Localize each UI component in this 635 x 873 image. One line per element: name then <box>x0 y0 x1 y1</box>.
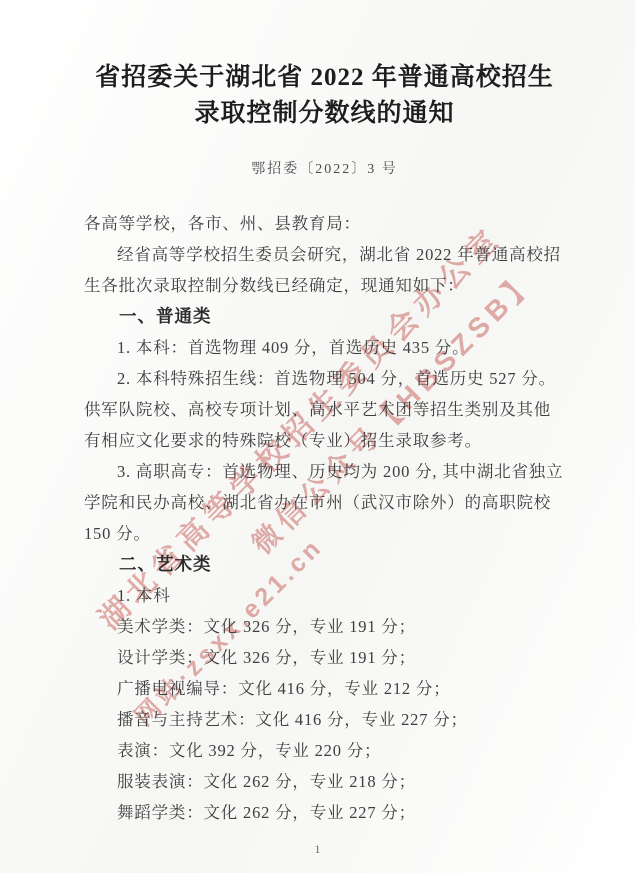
salutation: 各高等学校，各市、州、县教育局： <box>84 208 565 239</box>
general-special-line: 供军队院校、高校专项计划、高水平艺术团等招生类别及其他 <box>84 394 565 425</box>
document-title-line1: 省招委关于湖北省 2022 年普通高校招生 <box>84 60 565 96</box>
art-score-line: 播音与主持艺术：文化 416 分，专业 227 分； <box>84 704 565 735</box>
general-special-line: 2. 本科特殊招生线：首选物理 504 分，首选历史 527 分。 <box>84 363 565 394</box>
document-number: 鄂招委〔2022〕3 号 <box>84 158 565 178</box>
document-body: 省招委关于湖北省 2022 年普通高校招生 录取控制分数线的通知 鄂招委〔202… <box>84 0 565 828</box>
intro-line: 经省高等学校招生委员会研究，湖北省 2022 年普通高校招 <box>84 239 565 270</box>
art-score-line: 美术学类：文化 326 分，专业 191 分； <box>84 611 565 642</box>
document-page: 湖北省高等学校招生委员会办公室 微信公众号【HBSZSB】 网站·zsxx.e2… <box>0 0 635 873</box>
general-gaozhi-line: 3. 高职高专：首选物理、历史均为 200 分, 其中湖北省独立 <box>84 456 565 487</box>
general-benke-line: 1. 本科：首选物理 409 分，首选历史 435 分。 <box>84 332 565 363</box>
general-gaozhi-line: 150 分。 <box>84 518 565 549</box>
page-number: 1 <box>0 842 635 857</box>
document-title: 省招委关于湖北省 2022 年普通高校招生 录取控制分数线的通知 <box>84 60 565 132</box>
notice-text: 各高等学校，各市、州、县教育局： 经省高等学校招生委员会研究，湖北省 2022 … <box>84 208 565 828</box>
intro-line: 生各批次录取控制分数线已经确定，现通知如下： <box>84 270 565 301</box>
section-heading-art: 二、艺术类 <box>84 549 565 580</box>
general-gaozhi-line: 学院和民办高校、湖北省办在市州（武汉市除外）的高职院校 <box>84 487 565 518</box>
art-score-line: 设计学类：文化 326 分，专业 191 分； <box>84 642 565 673</box>
art-benke-subheading: 1. 本科 <box>84 580 565 611</box>
art-score-line: 服装表演：文化 262 分，专业 218 分； <box>84 766 565 797</box>
general-special-line: 有相应文化要求的特殊院校（专业）招生录取参考。 <box>84 425 565 456</box>
art-score-line: 广播电视编导：文化 416 分，专业 212 分； <box>84 673 565 704</box>
art-score-line: 表演：文化 392 分，专业 220 分； <box>84 735 565 766</box>
art-score-line: 舞蹈学类：文化 262 分，专业 227 分； <box>84 797 565 828</box>
section-heading-general: 一、普通类 <box>84 301 565 332</box>
document-title-line2: 录取控制分数线的通知 <box>84 96 565 132</box>
